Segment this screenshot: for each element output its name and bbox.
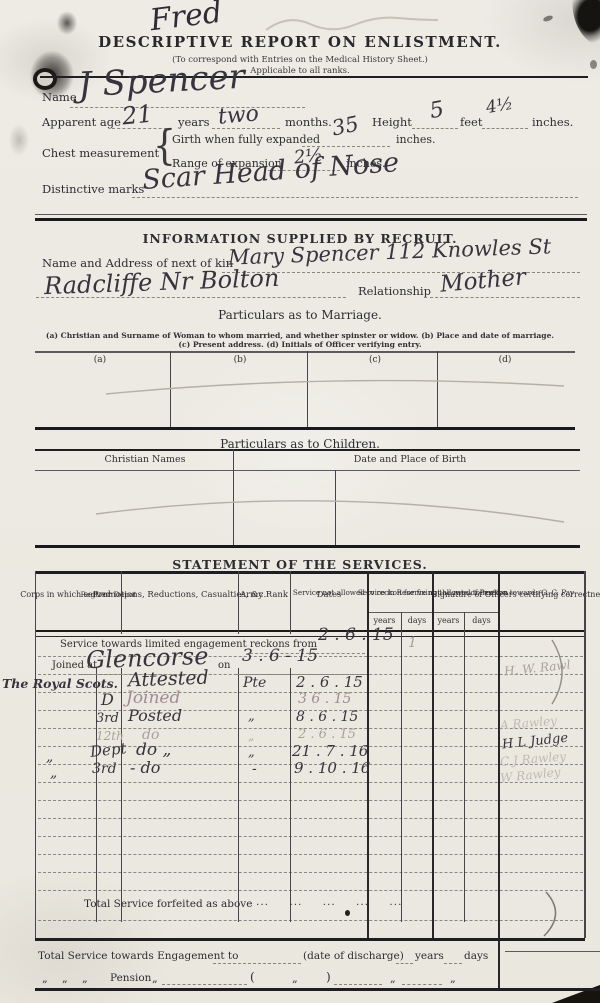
reserve-days-header: days: [464, 614, 499, 628]
marriage-table-top-rule: [35, 351, 575, 353]
ink-smudge: [6, 120, 32, 160]
marriage-col-d: (d): [465, 355, 545, 366]
feet-label: feet: [460, 115, 483, 129]
row-date: 2 . 6 . 15: [298, 728, 356, 741]
services-divider: [290, 668, 291, 922]
services-table-left-edge: [35, 571, 36, 938]
document-page: Fred DESCRIPTIVE REPORT ON ENLISTMENT. (…: [0, 0, 600, 1003]
totals-bottom-rule: [35, 988, 600, 991]
row-date: 2 . 6 . 15: [296, 675, 363, 690]
services-title: STATEMENT OF THE SERVICES.: [0, 557, 600, 572]
marriage-note-1: (a) Christian and Surname of Woman to wh…: [0, 331, 600, 340]
engagement-date-line: [213, 963, 301, 964]
height-inches-line: [482, 128, 528, 129]
inches-label: inches.: [532, 115, 573, 129]
engagement-days-line: [444, 963, 462, 964]
col-header-rank: Army Rank: [239, 582, 289, 608]
forfeited-label: Total Service forfeited as above: [84, 898, 252, 910]
table-row-line: [38, 836, 583, 837]
engagement-years-line: [396, 963, 413, 964]
pension-label: Pension: [110, 972, 151, 984]
table-row-line: [38, 872, 583, 873]
ink-speck: [542, 14, 553, 22]
row-date: 9 . 10 . 16: [294, 761, 370, 776]
table-row-line: [38, 854, 583, 855]
distinctive-marks-label: Distinctive marks: [42, 182, 144, 196]
engagement-date-value: 2 . 6 . 15: [318, 627, 394, 644]
total-engagement-label: Total Service towards Engagement to: [38, 950, 238, 962]
relationship-fill-line: [430, 297, 580, 298]
engagement-days-label: days: [464, 950, 488, 962]
forfeited-dots: ... ... ... ... ...: [256, 896, 402, 908]
chest-measurement-label: Chest measurement: [42, 146, 159, 160]
next-of-kin-value-line2: Radcliffe Nr Bolton: [44, 266, 280, 298]
table-row-line: [38, 890, 583, 891]
services-header-bottom-rule: [35, 630, 585, 637]
row-regt: D: [101, 692, 114, 708]
months-label: months.: [285, 115, 332, 129]
row-promotion: - do: [130, 760, 160, 776]
apparent-age-label: Apparent age: [42, 115, 121, 129]
pension-paren-open: (: [250, 970, 255, 984]
page-title: DESCRIPTIVE REPORT ON ENLISTMENT.: [0, 33, 600, 51]
services-divider: [121, 668, 122, 922]
marriage-col-b: (b): [195, 355, 285, 366]
table-row-line: [38, 920, 583, 921]
marriage-table-bottom-rule: [35, 427, 575, 430]
marriage-col-a: (a): [60, 355, 140, 366]
height-feet-line: [412, 128, 458, 129]
row-regt: 3rd: [96, 712, 119, 725]
totals-top-rule: [35, 938, 585, 941]
height-label: Height: [372, 115, 412, 129]
pension-ditto: „: [450, 972, 456, 985]
rule: [35, 218, 587, 221]
strike-line: [90, 478, 570, 538]
pension-ditto: „: [152, 972, 158, 985]
pension-ditto: „: [292, 972, 298, 985]
corner-stain-bottom-right: [552, 983, 600, 1003]
pension-days-header: days: [401, 614, 433, 628]
marriage-col-c: (c): [330, 355, 420, 366]
row-corps: „: [50, 766, 57, 780]
handwritten-name-top: Fred: [148, 0, 223, 36]
marriage-title: Particulars as to Marriage.: [0, 308, 600, 322]
engagement-years-label: years: [415, 950, 444, 962]
row-date: 3 6 . 15: [298, 692, 351, 706]
row-rank: -: [252, 762, 257, 776]
height-feet-value: 5: [428, 99, 446, 123]
nok-fill-line2: [36, 297, 346, 298]
girth-units: inches.: [396, 133, 436, 146]
name-label: Name: [42, 90, 77, 104]
page-subtitle-1: (To correspond with Entries on the Medic…: [0, 55, 600, 65]
pension-days-line: [402, 984, 442, 985]
children-table-top-rule: [35, 449, 580, 451]
name-value: J Spencer: [77, 60, 245, 103]
services-divider: [464, 612, 465, 922]
services-divider: [238, 668, 239, 922]
services-table-top-rule: [35, 571, 585, 574]
relationship-label: Relationship: [358, 284, 431, 298]
girth-label: Girth when fully expanded: [172, 133, 320, 146]
col-header-signature: Signature of Officers certifying correct…: [500, 578, 584, 612]
children-col-names: Christian Names: [60, 454, 230, 466]
relationship-value: Mother: [439, 266, 527, 296]
pension-ditto: „: [62, 972, 68, 985]
row-rank: „: [248, 730, 254, 742]
pension-paren-close: ): [326, 970, 331, 984]
age-years-value: 21: [121, 101, 154, 128]
col-header-promotions: Promotions, Reductions, Casualties, &c.: [123, 582, 236, 608]
row-date: 8 . 6 . 15: [296, 710, 358, 724]
table-row-line: [38, 818, 583, 819]
services-divider: [238, 571, 239, 634]
services-table-right-edge: [584, 571, 586, 938]
brace-mark: [548, 636, 574, 708]
row-regt: 3rd: [92, 762, 117, 776]
row-corps: The Royal Scots.: [2, 678, 118, 691]
officer-signature: H L Judge: [502, 732, 569, 752]
strike-line: [100, 368, 570, 408]
children-header-rule: [35, 470, 580, 471]
joined-date-value: 3 . 6 - 15: [242, 648, 318, 665]
row-rank: Pte: [243, 676, 266, 690]
row-rank: „: [248, 710, 255, 723]
pension-ditto: „: [42, 972, 48, 985]
row-regt: Dept: [89, 741, 127, 760]
girth-value: 35: [330, 113, 361, 139]
pension-years-line: [334, 984, 382, 985]
row-corps: „: [46, 750, 53, 764]
table-row-line: [38, 800, 583, 801]
reserve-years-header: years: [433, 614, 464, 628]
children-col-birth: Date and Place of Birth: [250, 454, 570, 466]
marriage-note-2: (c) Present address. (d) Initials of Off…: [0, 340, 600, 349]
services-divider: [96, 668, 97, 922]
row-promotion: do „: [136, 742, 171, 759]
pension-column-mark: 1: [408, 636, 417, 650]
years-label: years: [178, 115, 210, 129]
pension-ditto: „: [82, 972, 88, 985]
date-of-discharge-label: (date of discharge): [303, 950, 404, 962]
age-months-value: two: [217, 103, 260, 128]
pension-fill-line: [162, 984, 247, 985]
row-rank: „: [248, 746, 255, 759]
row-promotion: Posted: [128, 708, 182, 724]
services-divider-heavy: [432, 571, 434, 938]
brace-mark: [540, 890, 568, 938]
marks-value: Scar Head of Nose: [141, 149, 400, 194]
children-table-bottom-rule: [35, 545, 580, 548]
services-divider: [121, 571, 122, 634]
ink-speck: [345, 910, 350, 916]
height-inches-value: 4½: [485, 96, 515, 117]
services-divider: [401, 612, 402, 922]
row-promotion: Joined: [126, 690, 180, 707]
joined-on-label: on: [218, 660, 230, 671]
pension-ditto: „: [390, 972, 396, 985]
row-date: 21 . 7 . 16: [292, 744, 368, 759]
right-box-rule: [505, 951, 600, 952]
name-fill-line: [70, 107, 305, 108]
rule: [35, 214, 587, 215]
marks-fill-line: [132, 197, 578, 198]
services-divider: [290, 571, 291, 634]
